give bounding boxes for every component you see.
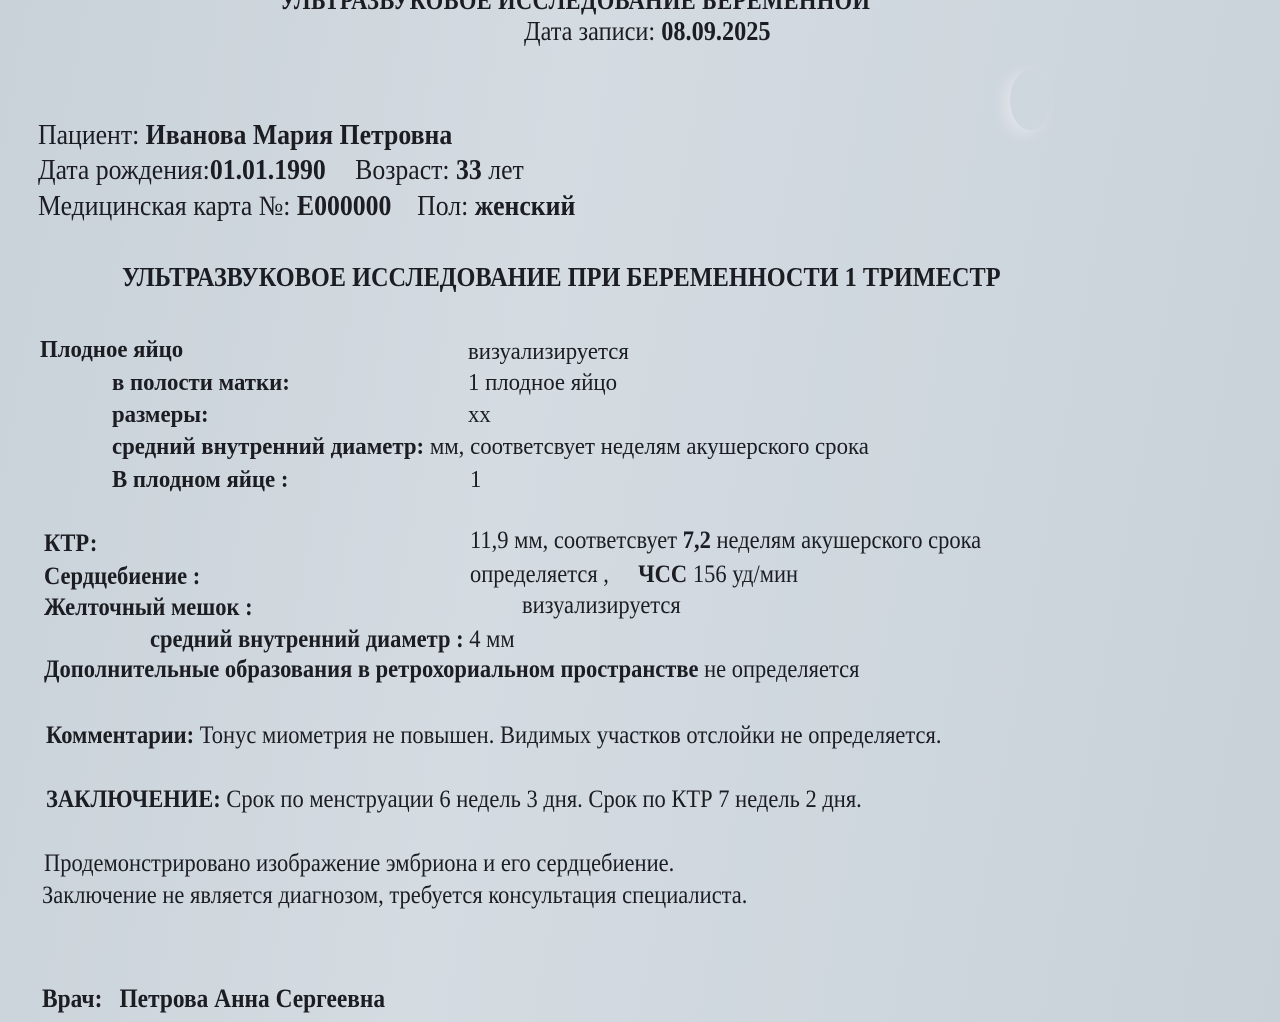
ktr-value: 11,9 мм, соответсвует 7,2 неделям акушер…: [470, 527, 981, 555]
sex-label: Пол:: [417, 191, 468, 222]
yolk-sac-label: Желточный мешок :: [44, 594, 253, 622]
heart-rate-value: 156 уд/мин: [693, 561, 798, 588]
size-label: размеры:: [112, 402, 209, 429]
conclusion-value: Срок по менструации 6 недель 3 дня. Срок…: [226, 786, 861, 813]
yolk-diameter-label: средний внутренний диаметр :: [150, 626, 464, 653]
document-top-title: УЛЬТРАЗВУКОВОЕ ИССЛЕДОВАНИЕ БЕРЕМЕННОЙ: [280, 0, 870, 16]
comments-line: Комментарии: Тонус миометрия не повышен.…: [46, 722, 942, 750]
comments-label: Комментарии:: [46, 722, 194, 749]
record-date: Дата записи: 08.09.2025: [524, 16, 771, 47]
patient-name-label: Пациент:: [38, 120, 139, 151]
patient-name-value: Иванова Мария Петровна: [146, 120, 453, 151]
card-value: E000000: [297, 191, 391, 222]
mean-diameter-line: средний внутренний диаметр: мм, соответс…: [112, 434, 869, 461]
ktr-weeks: 7,2: [683, 527, 711, 554]
ktr-value-prefix: 11,9 мм, соответсвует: [470, 527, 677, 554]
size-value: xx: [468, 402, 491, 429]
retrochorial-line: Дополнительные образования в ретрохориал…: [44, 656, 859, 684]
retrochorial-label: Дополнительные образования в ретрохориал…: [44, 656, 698, 683]
yolk-diameter-line: средний внутренний диаметр : 4 мм: [150, 626, 515, 654]
patient-name-line: Пациент: Иванова Мария Петровна: [38, 120, 452, 152]
age-unit: лет: [488, 155, 524, 186]
patient-dob-line: Дата рождения:01.01.1990 Возраст: 33 лет: [38, 155, 524, 187]
patient-card-line: Медицинская карта №: E000000 Пол: женски…: [38, 191, 575, 223]
gestational-sac-label: Плодное яйцо: [40, 337, 183, 364]
yolk-diameter-value: 4 мм: [469, 626, 514, 653]
mean-diameter-value: мм, соответсвует неделям акушерского сро…: [430, 434, 869, 460]
paper-crease: [1010, 70, 1050, 130]
note-line: Заключение не является диагнозом, требуе…: [42, 882, 747, 910]
record-date-label: Дата записи:: [524, 16, 655, 46]
section-title: УЛЬТРАЗВУКОВОЕ ИССЛЕДОВАНИЕ ПРИ БЕРЕМЕНН…: [122, 262, 1001, 293]
mean-diameter-label: средний внутренний диаметр:: [112, 434, 424, 460]
doctor-label: Врач:: [42, 984, 102, 1013]
sex-value: женский: [475, 191, 576, 222]
retrochorial-value: не определяется: [704, 656, 859, 683]
card-label: Медицинская карта №:: [38, 191, 290, 222]
yolk-sac-value: визуализируется: [522, 592, 681, 620]
dob-label: Дата рождения:: [38, 155, 210, 186]
note-line: Продемонстрировано изображение эмбриона …: [44, 850, 674, 878]
conclusion-line: ЗАКЛЮЧЕНИЕ: Срок по менструации 6 недель…: [46, 786, 862, 814]
ultrasound-report-page: УЛЬТРАЗВУКОВОЕ ИССЛЕДОВАНИЕ БЕРЕМЕННОЙ Д…: [0, 0, 1280, 1022]
age-value: 33: [456, 155, 482, 186]
heartbeat-label: Сердцебиение :: [44, 563, 200, 591]
sac-contents-value: 1: [470, 467, 481, 494]
comments-value: Тонус миометрия не повышен. Видимых учас…: [200, 722, 942, 749]
doctor-name: Петрова Анна Сергеевна: [119, 984, 385, 1013]
ktr-label: КТР:: [44, 530, 97, 558]
conclusion-label: ЗАКЛЮЧЕНИЕ:: [46, 786, 221, 813]
in-uterus-value: 1 плодное яйцо: [468, 370, 617, 397]
sac-contents-label: В плодном яйце :: [112, 467, 288, 494]
heartbeat-value-line: определяется , ЧСС 156 уд/мин: [470, 561, 798, 589]
heartbeat-value: определяется ,: [470, 561, 609, 588]
doctor-line: Врач: Петрова Анна Сергеевна: [42, 984, 385, 1014]
gestational-sac-value: визуализируется: [468, 339, 629, 366]
record-date-value: 08.09.2025: [661, 16, 770, 46]
ktr-value-suffix: неделям акушерского срока: [717, 527, 982, 554]
heart-rate-label: ЧСС: [638, 561, 687, 588]
age-label: Возраст:: [355, 155, 449, 186]
dob-value: 01.01.1990: [210, 155, 326, 186]
in-uterus-label: в полости матки:: [112, 370, 290, 397]
